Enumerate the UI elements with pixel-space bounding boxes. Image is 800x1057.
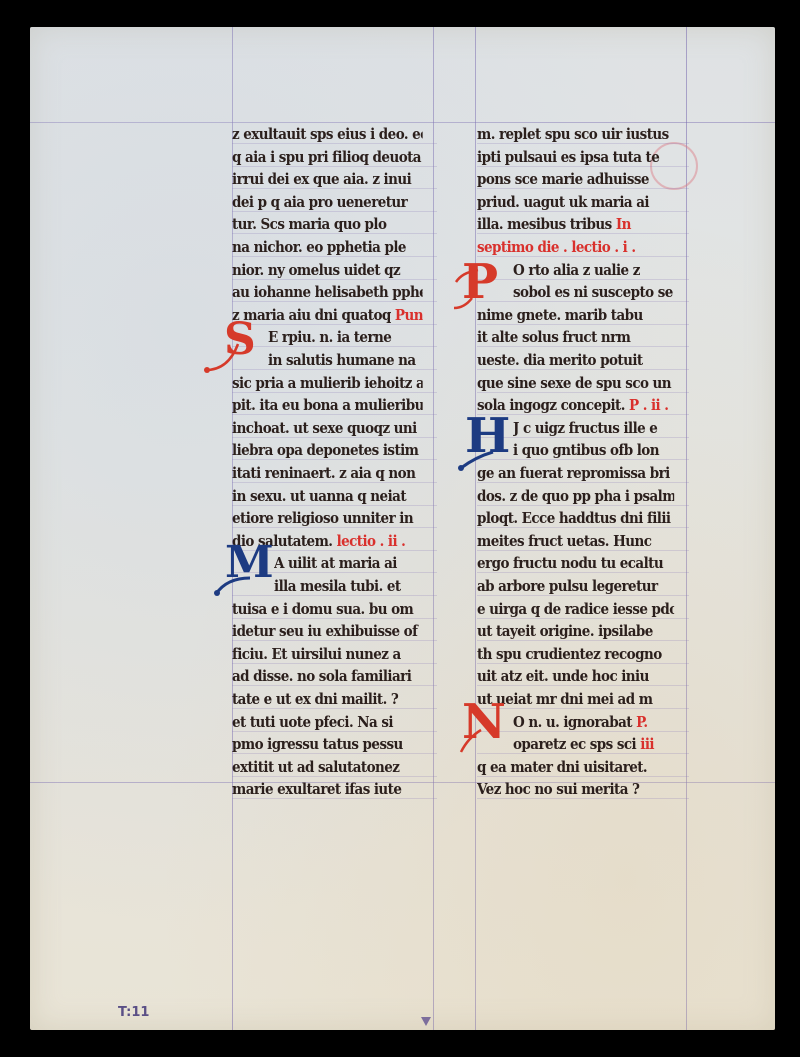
manuscript-text-line: pit. ita eu bona a mulieribus [232, 395, 423, 417]
manuscript-text-line: ut tayeit origine. ipsilabe [477, 621, 674, 643]
line-text: e uirga q de radice iesse pdo [477, 601, 674, 618]
manuscript-text-line: dei p q aia pro ueneretur [232, 192, 423, 214]
line-text: z exultauit sps eius i deo. eo [232, 126, 423, 143]
manuscript-text-line: in sexu. ut uanna q neiat [232, 486, 423, 508]
ruling-line-right-inner [475, 27, 476, 1030]
manuscript-text-line: priud. uagut uk maria ai [477, 192, 674, 214]
flourish-h-tail [455, 440, 495, 474]
manuscript-text-line: tur. Scs maria quo plo [232, 214, 423, 236]
line-text: meites fruct uetas. Hunc [477, 533, 651, 550]
line-text: sic pria a mulierib iehoitz a [232, 375, 423, 392]
line-text: ploqt. Ecce haddtus dni filii [477, 510, 670, 527]
line-text: O n. u. ignorabat [513, 714, 632, 731]
manuscript-text-line: ad disse. no sola familiari [232, 666, 423, 688]
manuscript-text-line: J c uigz fructus ille e [513, 418, 677, 440]
line-text: tur. Scs maria quo plo [232, 216, 386, 233]
manuscript-text-line: th spu crudientez recogno [477, 644, 674, 666]
flourish-p-tail [452, 268, 482, 312]
line-text: O rto alia z ualie z [513, 262, 640, 279]
manuscript-text-line: sobol es ni suscepto se [513, 282, 677, 304]
manuscript-text-line: q aia i spu pri filioq deuota [232, 147, 423, 169]
line-text: illa. mesibus tribus [477, 216, 612, 233]
manuscript-text-line: z maria aiu dni quatoq Pun [232, 305, 423, 327]
manuscript-text-line: oparetz ec sps sci iii [513, 734, 677, 756]
line-text: ergo fructu nodu tu ecaltu [477, 555, 663, 572]
line-text: marie exultaret ifas iute [232, 781, 401, 798]
bottom-edge-notch [421, 1017, 431, 1026]
manuscript-text-line: tate e ut ex dni mailit. ? [232, 689, 423, 711]
line-text: ab arbore pulsu legeretur [477, 578, 658, 595]
manuscript-text-line: marie exultaret ifas iute [232, 779, 423, 801]
manuscript-text-line: in salutis humane na [268, 350, 425, 372]
manuscript-text-line: O n. u. ignorabat P. [513, 712, 677, 734]
rubric-text: Pun [395, 307, 423, 324]
line-text: tuisa e i domu sua. bu om [232, 601, 413, 618]
line-text: ueste. dia merito potuit [477, 352, 643, 369]
line-text: m. replet spu sco uir iustus [477, 126, 669, 143]
line-text: it alte solus fruct nrm [477, 329, 630, 346]
shelfmark-note: T:11 [118, 1005, 149, 1020]
line-text: que sine sexe de spu sco un [477, 375, 671, 392]
manuscript-text-line: et tuti uote pfeci. Na si [232, 712, 423, 734]
manuscript-text-line: na nichor. eo pphetia ple [232, 237, 423, 259]
rubric-text: P . ii . [629, 397, 668, 414]
line-text: q aia i spu pri filioq deuota [232, 149, 421, 166]
manuscript-text-line: pmo igressu tatus pessu [232, 734, 423, 756]
rubric-text: iii [640, 736, 654, 753]
manuscript-text-line: i quo gntibus ofb lon [513, 440, 677, 462]
line-text: tate e ut ex dni mailit. ? [232, 691, 398, 708]
manuscript-text-line: E rpiu. n. ia terne [268, 327, 425, 349]
manuscript-text-line: ipti pulsaui es ipsa tuta te [477, 147, 674, 169]
manuscript-text-line: itati reninaert. z aia q non [232, 463, 423, 485]
rubric-text: lectio . ii . [337, 533, 406, 550]
line-text: oparetz ec sps sci [513, 736, 636, 753]
line-text: pons sce marie adhuisse [477, 171, 649, 188]
rubric-text: In [616, 216, 631, 233]
manuscript-text-line: extitit ut ad salutatonez [232, 757, 423, 779]
line-text: illa mesila tubi. et [274, 578, 401, 595]
manuscript-text-line: meites fruct uetas. Hunc [477, 531, 674, 553]
line-text: J c uigz fructus ille e [513, 420, 657, 437]
manuscript-text-line: idetur seu iu exhibuisse of [232, 621, 423, 643]
line-text: uit atz eit. unde hoc iniu [477, 668, 649, 685]
line-text: idetur seu iu exhibuisse of [232, 623, 417, 640]
manuscript-text-line: illa. mesibus tribus In [477, 214, 674, 236]
line-text: ipti pulsaui es ipsa tuta te [477, 149, 659, 166]
text-column-left: z exultauit sps eius i deo. eoq aia i sp… [232, 122, 437, 792]
manuscript-text-line: q ea mater dni uisitaret. [477, 757, 674, 779]
manuscript-text-line: uit atz eit. unde hoc iniu [477, 666, 674, 688]
manuscript-text-line: au iohanne helisabeth pphetat [232, 282, 423, 304]
flourish-n-tail [455, 722, 485, 756]
line-text: priud. uagut uk maria ai [477, 194, 649, 211]
flourish-m-tail [212, 572, 252, 598]
line-text: liebra opa deponetes istim [232, 442, 418, 459]
manuscript-text-line: m. replet spu sco uir iustus [477, 124, 674, 146]
line-text: i quo gntibus ofb lon [513, 442, 659, 459]
line-text: nime gnete. marib tabu [477, 307, 643, 324]
manuscript-text-line: O rto alia z ualie z [513, 260, 677, 282]
manuscript-text-line: que sine sexe de spu sco un [477, 373, 674, 395]
line-text: E rpiu. n. ia terne [268, 329, 391, 346]
manuscript-text-line: pons sce marie adhuisse [477, 169, 674, 191]
manuscript-text-line: nime gnete. marib tabu [477, 305, 674, 327]
line-text: extitit ut ad salutatonez [232, 759, 399, 776]
manuscript-text-line: irrui dei ex que aia. z inui [232, 169, 423, 191]
manuscript-text-line: etiore religioso unniter in [232, 508, 423, 530]
line-text: etiore religioso unniter in [232, 510, 413, 527]
manuscript-text-line: sic pria a mulierib iehoitz a [232, 373, 423, 395]
line-text: septimo die . lectio . i . [477, 239, 635, 256]
manuscript-text-line: septimo die . lectio . i . [477, 237, 674, 259]
flourish-s-tail [202, 340, 242, 376]
manuscript-text-line: ge an fuerat repromissa bri [477, 463, 674, 485]
manuscript-text-line: ergo fructu nodu tu ecaltu [477, 553, 674, 575]
line-text: nior. ny omelus uidet qz [232, 262, 400, 279]
line-text: pit. ita eu bona a mulieribus [232, 397, 423, 414]
line-text: itati reninaert. z aia q non [232, 465, 415, 482]
line-text: irrui dei ex que aia. z inui [232, 171, 411, 188]
manuscript-text-line: ploqt. Ecce haddtus dni filii [477, 508, 674, 530]
manuscript-text-line: inchoat. ut sexe quoqz uni [232, 418, 423, 440]
line-text: dei p q aia pro ueneretur [232, 194, 407, 211]
manuscript-text-line: tuisa e i domu sua. bu om [232, 599, 423, 621]
line-text: ad disse. no sola familiari [232, 668, 411, 685]
line-text: na nichor. eo pphetia ple [232, 239, 406, 256]
manuscript-text-line: ab arbore pulsu legeretur [477, 576, 674, 598]
rubric-text: P. [636, 714, 647, 731]
line-text: ficiu. Et uirsilui nunez a [232, 646, 401, 663]
line-text: A uilit at maria ai [274, 555, 397, 572]
manuscript-text-line: e uirga q de radice iesse pdo [477, 599, 674, 621]
line-text: in salutis humane na [268, 352, 416, 369]
manuscript-text-line: it alte solus fruct nrm [477, 327, 674, 349]
line-text: au iohanne helisabeth pphetat [232, 284, 423, 301]
manuscript-text-line: dos. z de quo pp pha i psalmo [477, 486, 674, 508]
line-text: in sexu. ut uanna q neiat [232, 488, 406, 505]
manuscript-text-line: ueste. dia merito potuit [477, 350, 674, 372]
line-text: pmo igressu tatus pessu [232, 736, 403, 753]
line-text: ge an fuerat repromissa bri [477, 465, 670, 482]
manuscript-text-line: A uilit at maria ai [274, 553, 426, 575]
line-text: sobol es ni suscepto se [513, 284, 673, 301]
line-text: th spu crudientez recogno [477, 646, 662, 663]
manuscript-text-line: Vez hoc no sui merita ? [477, 779, 674, 801]
line-text: q ea mater dni uisitaret. [477, 759, 647, 776]
manuscript-text-line: illa mesila tubi. et [274, 576, 426, 598]
line-text: et tuti uote pfeci. Na si [232, 714, 393, 731]
manuscript-text-line: ficiu. Et uirsilui nunez a [232, 644, 423, 666]
manuscript-text-line: z exultauit sps eius i deo. eo [232, 124, 423, 146]
manuscript-text-line: liebra opa deponetes istim [232, 440, 423, 462]
line-text: inchoat. ut sexe quoqz uni [232, 420, 417, 437]
manuscript-text-line: ut ueiat mr dni mei ad m [477, 689, 674, 711]
line-text: ut tayeit origine. ipsilabe [477, 623, 653, 640]
line-text: dos. z de quo pp pha i psalmo [477, 488, 674, 505]
line-text: Vez hoc no sui merita ? [477, 781, 639, 798]
manuscript-text-line: nior. ny omelus uidet qz [232, 260, 423, 282]
line-text: z maria aiu dni quatoq [232, 307, 391, 324]
